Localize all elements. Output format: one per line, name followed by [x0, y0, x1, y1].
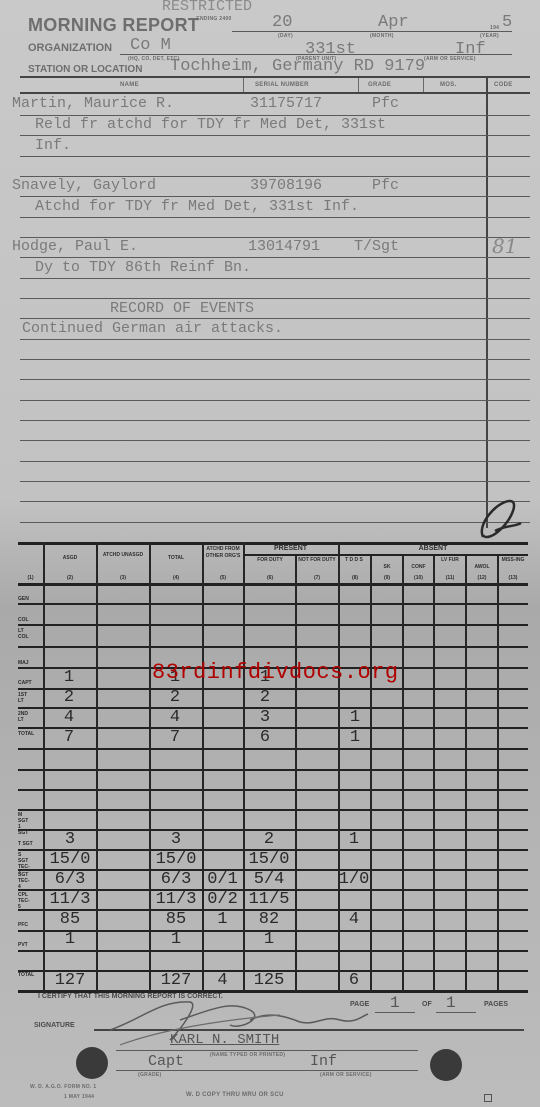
- col-header-num: (13): [499, 575, 527, 582]
- row-label-total-officers: TOTAL: [18, 731, 32, 737]
- entry-remark: Atchd for TDY fr Med Det, 331st Inf.: [35, 198, 359, 215]
- arm-service-caption: (ARM OR SERVICE): [424, 56, 476, 63]
- morning-report-form: RESTRICTED MORNING REPORT ENDING 2400 20…: [0, 0, 540, 1107]
- cell-pvt-asgd: 1: [44, 930, 96, 949]
- cell-capt-asgd: 1: [54, 668, 84, 687]
- cell-cpl-asgd: 11/3: [44, 890, 96, 909]
- row-label-2nd-lt: 2ND LT: [18, 711, 32, 723]
- col-header-num: (2): [45, 575, 95, 582]
- cell-sgt-for-duty: 5/4: [243, 870, 295, 889]
- cell-2ndlt-tdds: 1: [340, 708, 370, 727]
- cell-cpl-for-duty: 11/5: [243, 890, 295, 909]
- row-label-t-sgt: T SGT: [18, 841, 42, 847]
- cell-pfc-total: 85: [150, 910, 202, 929]
- cell-sgt-total: 6/3: [150, 870, 202, 889]
- cell-total-off-tdds: 1: [340, 728, 370, 747]
- handwritten-mark-icon: [475, 495, 525, 545]
- col-header-num: (8): [340, 575, 370, 582]
- form-title: MORNING REPORT: [28, 15, 199, 36]
- cell-total-enl-atchd: 4: [202, 971, 243, 990]
- cell-total-enl-tdds: 6: [338, 971, 370, 990]
- ending-label: ENDING 2400: [194, 16, 234, 23]
- grade-caption: (GRADE): [138, 1072, 162, 1079]
- cell-ssgt-for-duty: 15/0: [243, 850, 295, 869]
- col-serial: SERIAL NUMBER: [255, 82, 309, 89]
- col-grade: GRADE: [368, 82, 391, 89]
- absent-group-header: ABSENT: [338, 545, 528, 552]
- col-header-num: (3): [98, 575, 148, 582]
- cell-pfc-asgd: 85: [44, 910, 96, 929]
- col-header-awol: AWOL: [467, 564, 497, 571]
- col-header-atchd-unasgd: ATCHD UNASGD: [100, 552, 146, 559]
- page-number: 1: [390, 994, 400, 1012]
- report-year: 5: [502, 13, 512, 32]
- day-caption: (DAY): [278, 33, 293, 40]
- entry-remark-cont: Inf.: [35, 137, 71, 154]
- form-id: W. D. A.G.O. FORM NO. 1: [30, 1084, 96, 1091]
- signer-grade: Capt: [148, 1053, 184, 1070]
- signer-arm: Inf: [310, 1053, 337, 1070]
- cell-2ndlt-asgd: 4: [54, 708, 84, 727]
- record-of-events-title: RECORD OF EVENTS: [110, 300, 254, 317]
- cell-2ndlt-for-duty: 3: [250, 708, 280, 727]
- col-header-atchd-other: ATCHD FROM OTHER ORG'S: [205, 546, 241, 560]
- entry-code-handwritten: 81: [492, 234, 517, 258]
- present-group-header: PRESENT: [243, 545, 338, 552]
- cell-tsgt-asgd: 3: [44, 830, 96, 849]
- row-label-lt-col: LT COL: [18, 628, 32, 640]
- of-label: OF: [422, 1001, 432, 1008]
- report-day: 20: [272, 13, 292, 32]
- cell-ssgt-asgd: 15/0: [44, 850, 96, 869]
- arm-caption: (ARM OR SERVICE): [320, 1072, 372, 1079]
- cell-total-off-for-duty: 6: [250, 728, 280, 747]
- row-label-1st-lt: 1ST LT: [18, 692, 32, 704]
- col-name: NAME: [120, 82, 139, 89]
- row-label-capt: CAPT: [18, 680, 42, 686]
- col-header-num: (4): [151, 575, 201, 582]
- entry-grade: Pfc: [372, 177, 399, 194]
- cell-pfc-atchd: 1: [202, 910, 243, 929]
- col-header-num: (7): [297, 575, 337, 582]
- cell-2ndlt-total: 4: [160, 708, 190, 727]
- record-of-events-text: Continued German air attacks.: [22, 320, 283, 337]
- row-label-pfc: PFC: [18, 922, 42, 928]
- entry-name: Hodge, Paul E.: [12, 238, 138, 255]
- cell-total-enl-total: 127: [150, 971, 202, 990]
- cell-tsgt-for-duty: 2: [243, 830, 295, 849]
- watermark: 83rdinfdivdocs.org: [152, 660, 399, 685]
- year-caption: (YEAR): [480, 33, 499, 40]
- binder-hole-right: [430, 1049, 462, 1081]
- col-header-num: (5): [204, 575, 242, 582]
- col-header-for-duty: FOR DUTY: [250, 557, 290, 564]
- cell-tsgt-tdds: 1: [338, 830, 370, 849]
- col-header-num: (10): [404, 575, 433, 582]
- year-prefix: 194: [490, 25, 499, 32]
- cell-pfc-tdds: 4: [338, 910, 370, 929]
- col-header-total: TOTAL: [151, 555, 201, 562]
- col-header-asgd: ASGD: [45, 555, 95, 562]
- row-label-gen: GEN: [18, 596, 42, 602]
- report-month: Apr: [378, 13, 409, 32]
- cell-1stlt-asgd: 2: [54, 688, 84, 707]
- cell-total-enl-asgd: 127: [44, 971, 96, 990]
- cell-sgt-asgd: 6/3: [44, 870, 96, 889]
- col-header-conf: CONF: [404, 564, 433, 571]
- entry-serial: 13014791: [248, 238, 320, 255]
- signature-label: SIGNATURE: [34, 1022, 75, 1029]
- row-label-m-sgt: M SGT 1 SGT: [18, 812, 32, 836]
- name-caption: (NAME TYPED OR PRINTED): [210, 1052, 285, 1059]
- cell-sgt-atchd: 0/1: [202, 870, 243, 889]
- entry-grade: Pfc: [372, 95, 399, 112]
- col-header-lv-fur: LV FUR: [435, 557, 465, 564]
- col-header-not-for-duty: NOT FOR DUTY: [298, 557, 336, 564]
- cell-total-off-asgd: 7: [54, 728, 84, 747]
- cell-1stlt-for-duty: 2: [250, 688, 280, 707]
- col-header-num: (11): [435, 575, 465, 582]
- col-header-sk: SK: [372, 564, 402, 571]
- col-header-num: (12): [467, 575, 497, 582]
- cell-total-off-total: 7: [160, 728, 190, 747]
- entry-name: Snavely, Gaylord: [12, 177, 156, 194]
- cell-1stlt-total: 2: [160, 688, 190, 707]
- pages-label: PAGES: [484, 1001, 508, 1008]
- checkbox-square: [484, 1094, 492, 1102]
- month-caption: (MONTH): [370, 33, 394, 40]
- cell-total-enl-for-duty: 125: [243, 971, 295, 990]
- col-mos: MOS.: [440, 82, 457, 89]
- cell-tsgt-total: 3: [150, 830, 202, 849]
- page-total: 1: [446, 994, 456, 1012]
- row-label-cpl: CPL TEC-5: [18, 892, 32, 910]
- col-header-num: (6): [245, 575, 295, 582]
- classification-stamp: RESTRICTED: [162, 0, 252, 15]
- cell-cpl-atchd: 0/2: [202, 890, 243, 909]
- cell-cpl-total: 11/3: [150, 890, 202, 909]
- col-header-missing: MISS-ING: [499, 557, 527, 564]
- routing-note: W. D COPY THRU MRU OR SCU: [186, 1092, 284, 1099]
- signer-name: KARL N. SMITH: [170, 1032, 279, 1048]
- entry-serial: 31175717: [250, 95, 322, 112]
- row-label-maj: MAJ: [18, 660, 42, 666]
- form-date: 1 MAY 1944: [64, 1094, 94, 1101]
- cell-pvt-total: 1: [150, 930, 202, 949]
- col-code: CODE: [494, 82, 513, 89]
- entry-remark: Reld fr atchd for TDY fr Med Det, 331st: [35, 116, 386, 133]
- cell-ssgt-total: 15/0: [150, 850, 202, 869]
- station-label: STATION OR LOCATION: [28, 64, 142, 75]
- organization-value: Co M: [130, 36, 171, 55]
- binder-hole-left: [76, 1047, 108, 1079]
- row-label-sgt: SGT TEC-4: [18, 872, 32, 890]
- col-header-tdds: T D D S: [342, 557, 366, 564]
- organization-label: ORGANIZATION: [28, 42, 112, 54]
- row-label-pvt: PVT: [18, 942, 42, 948]
- col-header-num: (1): [18, 575, 43, 582]
- col-header-num: (9): [372, 575, 402, 582]
- station-value: Tochheim, Germany RD 9179: [170, 57, 425, 76]
- cell-sgt-tdds: 1/0: [336, 870, 372, 889]
- row-label-col: COL: [18, 617, 42, 623]
- cell-pfc-for-duty: 82: [243, 910, 295, 929]
- row-label-total-enlisted: TOTAL: [18, 972, 32, 978]
- entry-name: Martin, Maurice R.: [12, 95, 174, 112]
- cell-pvt-for-duty: 1: [243, 930, 295, 949]
- entry-grade: T/Sgt: [354, 238, 399, 255]
- entry-serial: 39708196: [250, 177, 322, 194]
- entry-remark: Dy to TDY 86th Reinf Bn.: [35, 259, 251, 276]
